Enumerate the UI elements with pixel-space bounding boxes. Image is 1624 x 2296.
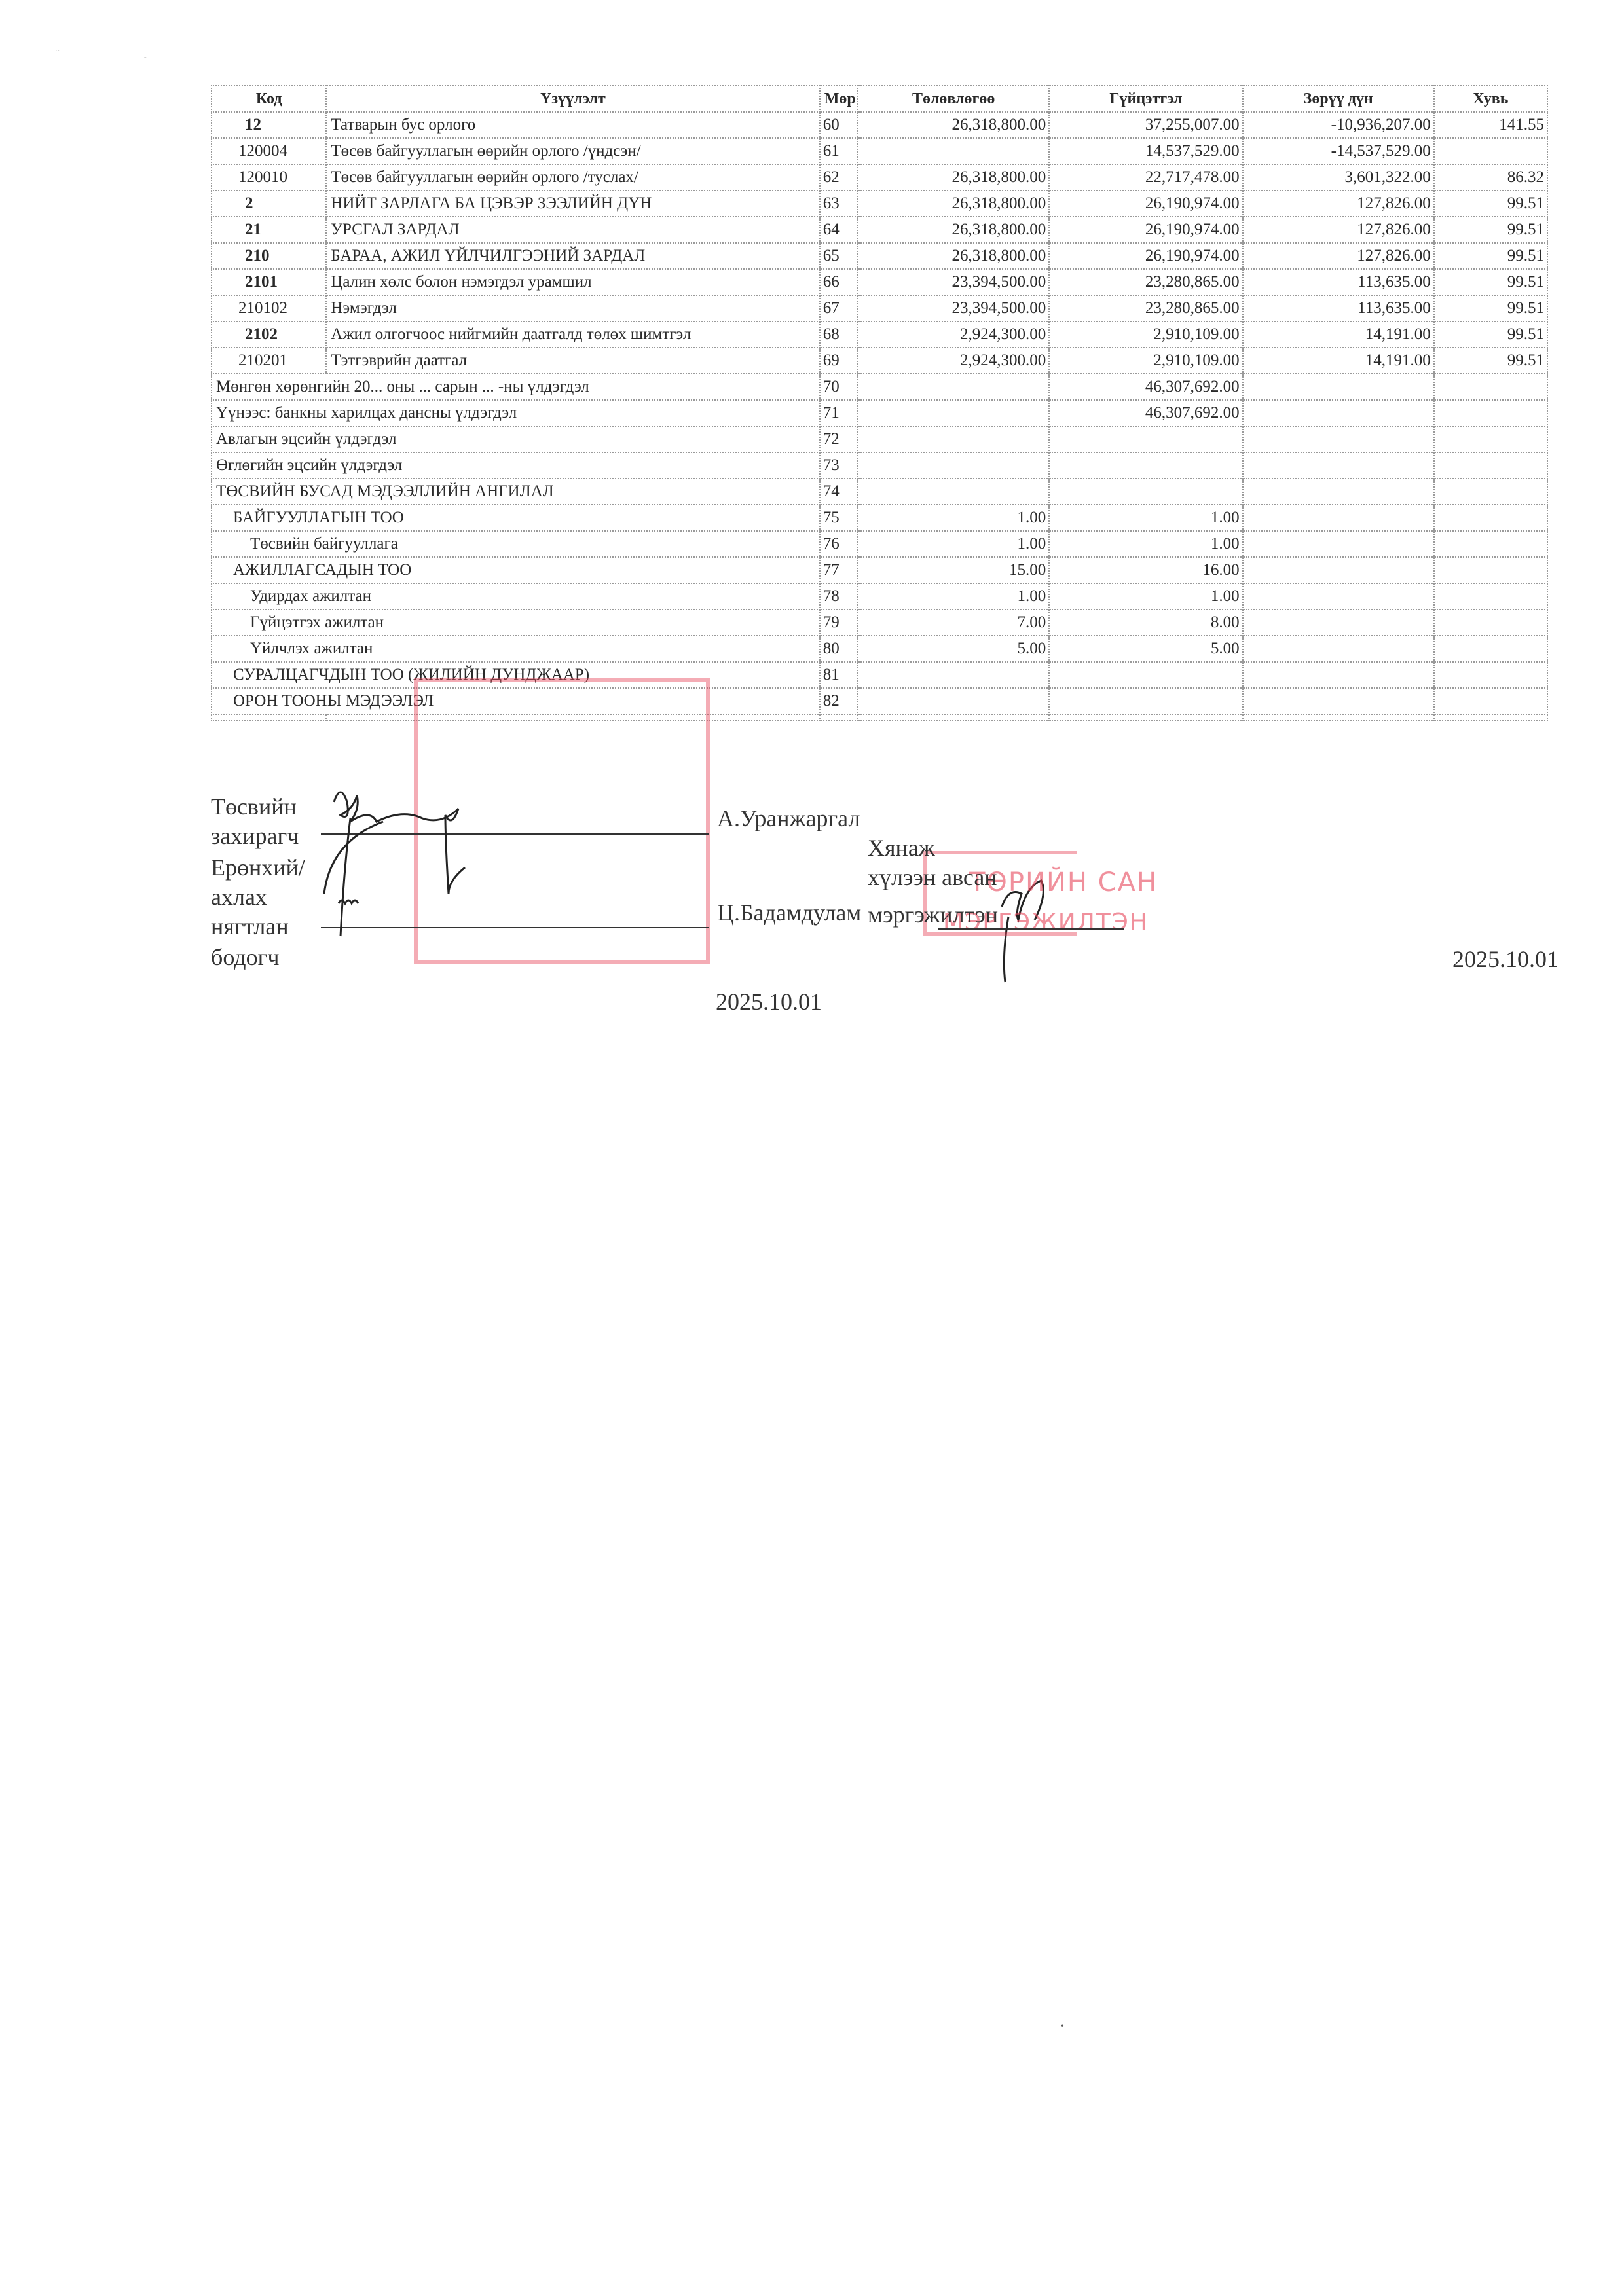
manager-signature-icon bbox=[334, 792, 465, 894]
cell-row-number: 61 bbox=[820, 138, 858, 164]
cell-row-number: 74 bbox=[820, 479, 858, 505]
cell-performance: 16.00 bbox=[1049, 557, 1242, 583]
cell-plan bbox=[858, 138, 1049, 164]
cell-difference: 14,191.00 bbox=[1243, 348, 1434, 374]
cell-difference: 127,826.00 bbox=[1243, 217, 1434, 243]
table-row: Төсвийн байгууллага761.001.00 bbox=[212, 531, 1547, 557]
cell-performance bbox=[1049, 479, 1242, 505]
cell-percent bbox=[1434, 557, 1547, 583]
cell-percent bbox=[1434, 426, 1547, 452]
cell-plan: 26,318,800.00 bbox=[858, 217, 1049, 243]
treasury-stamp-line1: ТӨРИЙН САН bbox=[969, 867, 1158, 898]
cell-difference: 113,635.00 bbox=[1243, 269, 1434, 295]
cell-percent: 99.51 bbox=[1434, 217, 1547, 243]
cell-indicator: Төсөв байгууллагын өөрийн орлого /үндсэн… bbox=[326, 138, 819, 164]
cell-plan: 5.00 bbox=[858, 636, 1049, 662]
table-row: ОРОН ТООНЫ МЭДЭЭЛЭЛ82 bbox=[212, 688, 1547, 714]
manager-name: А.Уранжаргал bbox=[717, 804, 860, 833]
table-row: Гүйцэтгэх ажилтан797.008.00 bbox=[212, 610, 1547, 636]
cell-row-number: 67 bbox=[820, 295, 858, 321]
accountant-signature-icon bbox=[324, 818, 383, 936]
table-row: Мөнгөн хөрөнгийн 20... оны ... сарын ...… bbox=[212, 374, 1547, 400]
cell-difference: 113,635.00 bbox=[1243, 295, 1434, 321]
cell-percent bbox=[1434, 400, 1547, 426]
cell-difference bbox=[1243, 479, 1434, 505]
cell-indicator: Цалин хөлс болон нэмэгдэл урамшил bbox=[326, 269, 819, 295]
scan-artifact: ~ bbox=[144, 54, 147, 61]
table-row: Удирдах ажилтан781.001.00 bbox=[212, 583, 1547, 610]
cell-indicator: УРСГАЛ ЗАРДАЛ bbox=[326, 217, 819, 243]
cell-percent bbox=[1434, 688, 1547, 714]
header-performance: Гүйцэтгэл bbox=[1049, 86, 1242, 112]
table-row: 2102Ажил олгогчоос нийгмийн даатгалд төл… bbox=[212, 321, 1547, 348]
cell-performance: 26,190,974.00 bbox=[1049, 243, 1242, 269]
cell-difference: 3,601,322.00 bbox=[1243, 164, 1434, 191]
scan-speck: • bbox=[1061, 2022, 1064, 2032]
cell-plan: 2,924,300.00 bbox=[858, 348, 1049, 374]
cell-percent bbox=[1434, 505, 1547, 531]
cell-difference bbox=[1243, 374, 1434, 400]
cell-row-number: 65 bbox=[820, 243, 858, 269]
cell-plan: 26,318,800.00 bbox=[858, 191, 1049, 217]
cell-performance: 14,537,529.00 bbox=[1049, 138, 1242, 164]
accountant-title-line3: нягтлан bbox=[211, 912, 289, 941]
empty-cell bbox=[1049, 714, 1242, 721]
cell-indicator: Гүйцэтгэх ажилтан bbox=[212, 610, 820, 636]
cell-code: 2102 bbox=[212, 321, 326, 348]
cell-percent bbox=[1434, 479, 1547, 505]
cell-row-number: 77 bbox=[820, 557, 858, 583]
cell-row-number: 73 bbox=[820, 452, 858, 479]
cell-performance: 2,910,109.00 bbox=[1049, 348, 1242, 374]
cell-percent bbox=[1434, 531, 1547, 557]
table-header-row: Код Үзүүлэлт Мөр Төлөвлөгөө Гүйцэтгэл Зө… bbox=[212, 86, 1547, 112]
cell-difference: 14,191.00 bbox=[1243, 321, 1434, 348]
reviewer-signature-line bbox=[938, 928, 1124, 930]
table-row: Үүнээс: банкны харилцах дансны үлдэгдэл7… bbox=[212, 400, 1547, 426]
cell-indicator: АЖИЛЛАГСАДЫН ТОО bbox=[212, 557, 820, 583]
cell-indicator: Үүнээс: банкны харилцах дансны үлдэгдэл bbox=[212, 400, 820, 426]
table-row: 210201Тэтгэврийн даатгал692,924,300.002,… bbox=[212, 348, 1547, 374]
cell-performance: 1.00 bbox=[1049, 583, 1242, 610]
cell-percent bbox=[1434, 610, 1547, 636]
cell-indicator: Удирдах ажилтан bbox=[212, 583, 820, 610]
cell-percent bbox=[1434, 662, 1547, 688]
cell-percent: 86.32 bbox=[1434, 164, 1547, 191]
table-row: 120010Төсөв байгууллагын өөрийн орлого /… bbox=[212, 164, 1547, 191]
header-percent: Хувь bbox=[1434, 86, 1547, 112]
cell-plan: 26,318,800.00 bbox=[858, 243, 1049, 269]
cell-plan bbox=[858, 426, 1049, 452]
cell-code: 210201 bbox=[212, 348, 326, 374]
cell-performance: 46,307,692.00 bbox=[1049, 400, 1242, 426]
cell-plan bbox=[858, 400, 1049, 426]
cell-plan: 1.00 bbox=[858, 583, 1049, 610]
header-row-number: Мөр bbox=[820, 86, 858, 112]
table-row: Авлагын эцсийн үлдэгдэл72 bbox=[212, 426, 1547, 452]
cell-plan: 15.00 bbox=[858, 557, 1049, 583]
cell-code: 12 bbox=[212, 112, 326, 138]
manager-signature-line bbox=[321, 833, 709, 835]
cell-percent: 99.51 bbox=[1434, 321, 1547, 348]
empty-cell bbox=[1434, 714, 1547, 721]
budget-report-table: Код Үзүүлэлт Мөр Төлөвлөгөө Гүйцэтгэл Зө… bbox=[211, 85, 1548, 721]
cell-performance: 22,717,478.00 bbox=[1049, 164, 1242, 191]
cell-percent: 99.51 bbox=[1434, 348, 1547, 374]
cell-row-number: 70 bbox=[820, 374, 858, 400]
cell-percent: 99.51 bbox=[1434, 295, 1547, 321]
cell-percent bbox=[1434, 583, 1547, 610]
cell-indicator: Мөнгөн хөрөнгийн 20... оны ... сарын ...… bbox=[212, 374, 820, 400]
cell-row-number: 79 bbox=[820, 610, 858, 636]
cell-row-number: 64 bbox=[820, 217, 858, 243]
cell-difference bbox=[1243, 662, 1434, 688]
cell-indicator: Өглөгийн эцсийн үлдэгдэл bbox=[212, 452, 820, 479]
table-row: 12Татварын бус орлого6026,318,800.0037,2… bbox=[212, 112, 1547, 138]
empty-cell bbox=[212, 714, 326, 721]
table-row: ТӨСВИЙН БУСАД МЭДЭЭЛЛИЙН АНГИЛАЛ74 bbox=[212, 479, 1547, 505]
cell-plan: 26,318,800.00 bbox=[858, 112, 1049, 138]
cell-performance: 1.00 bbox=[1049, 505, 1242, 531]
cell-plan: 2,924,300.00 bbox=[858, 321, 1049, 348]
cell-row-number: 81 bbox=[820, 662, 858, 688]
cell-percent bbox=[1434, 374, 1547, 400]
table-row: Үйлчлэх ажилтан805.005.00 bbox=[212, 636, 1547, 662]
table-row: 2НИЙТ ЗАРЛАГА БА ЦЭВЭР ЗЭЭЛИЙН ДҮН6326,3… bbox=[212, 191, 1547, 217]
cell-percent: 99.51 bbox=[1434, 269, 1547, 295]
manager-title-line1: Төсвийн bbox=[211, 792, 297, 821]
cell-indicator: Нэмэгдэл bbox=[326, 295, 819, 321]
cell-difference bbox=[1243, 583, 1434, 610]
cell-plan bbox=[858, 662, 1049, 688]
cell-percent: 141.55 bbox=[1434, 112, 1547, 138]
cell-plan bbox=[858, 688, 1049, 714]
cell-code: 210 bbox=[212, 243, 326, 269]
cell-code: 120004 bbox=[212, 138, 326, 164]
accountant-title-line4: бодогч bbox=[211, 943, 279, 972]
cell-row-number: 76 bbox=[820, 531, 858, 557]
cell-difference bbox=[1243, 557, 1434, 583]
cell-difference bbox=[1243, 688, 1434, 714]
cell-difference: 127,826.00 bbox=[1243, 191, 1434, 217]
table-row: 210102Нэмэгдэл6723,394,500.0023,280,865.… bbox=[212, 295, 1547, 321]
cell-indicator: СУРАЛЦАГЧДЫН ТОО (ЖИЛИЙН ДУНДЖААР) bbox=[212, 662, 820, 688]
cell-difference bbox=[1243, 426, 1434, 452]
table-row-empty bbox=[212, 714, 1547, 721]
cell-indicator: БАЙГУУЛЛАГЫН ТОО bbox=[212, 505, 820, 531]
accountant-name: Ц.Бадамдулам bbox=[717, 898, 861, 927]
cell-performance bbox=[1049, 426, 1242, 452]
cell-performance: 1.00 bbox=[1049, 531, 1242, 557]
cell-row-number: 82 bbox=[820, 688, 858, 714]
cell-plan: 1.00 bbox=[858, 531, 1049, 557]
table-row: Өглөгийн эцсийн үлдэгдэл73 bbox=[212, 452, 1547, 479]
accountant-title-line2: ахлах bbox=[211, 883, 267, 911]
table-row: СУРАЛЦАГЧДЫН ТОО (ЖИЛИЙН ДУНДЖААР)81 bbox=[212, 662, 1547, 688]
cell-plan bbox=[858, 452, 1049, 479]
cell-row-number: 68 bbox=[820, 321, 858, 348]
cell-performance: 46,307,692.00 bbox=[1049, 374, 1242, 400]
cell-plan bbox=[858, 479, 1049, 505]
cell-percent: 99.51 bbox=[1434, 243, 1547, 269]
cell-performance bbox=[1049, 662, 1242, 688]
reviewer-title-line3: мэргэжилтэн bbox=[868, 900, 998, 929]
left-date: 2025.10.01 bbox=[716, 987, 822, 1016]
accountant-title-line1: Ерөнхий/ bbox=[211, 853, 305, 882]
cell-row-number: 78 bbox=[820, 583, 858, 610]
cell-indicator: Төсвийн байгууллага bbox=[212, 531, 820, 557]
table-row: БАЙГУУЛЛАГЫН ТОО751.001.00 bbox=[212, 505, 1547, 531]
empty-cell bbox=[1243, 714, 1434, 721]
cell-code: 2 bbox=[212, 191, 326, 217]
cell-row-number: 69 bbox=[820, 348, 858, 374]
cell-code: 21 bbox=[212, 217, 326, 243]
accountant-signature-line bbox=[321, 927, 709, 928]
cell-indicator: Авлагын эцсийн үлдэгдэл bbox=[212, 426, 820, 452]
cell-difference bbox=[1243, 452, 1434, 479]
cell-percent bbox=[1434, 452, 1547, 479]
table-row: АЖИЛЛАГСАДЫН ТОО7715.0016.00 bbox=[212, 557, 1547, 583]
cell-performance: 2,910,109.00 bbox=[1049, 321, 1242, 348]
empty-cell bbox=[326, 714, 819, 721]
cell-performance: 37,255,007.00 bbox=[1049, 112, 1242, 138]
cell-difference bbox=[1243, 531, 1434, 557]
cell-row-number: 63 bbox=[820, 191, 858, 217]
cell-plan: 26,318,800.00 bbox=[858, 164, 1049, 191]
reviewer-signature-icon bbox=[1002, 881, 1043, 982]
reviewer-title-line1: Хянаж bbox=[868, 833, 935, 862]
scan-artifact: ~ bbox=[56, 47, 60, 54]
cell-performance: 5.00 bbox=[1049, 636, 1242, 662]
header-code: Код bbox=[212, 86, 326, 112]
cell-performance: 23,280,865.00 bbox=[1049, 295, 1242, 321]
cell-indicator: БАРАА, АЖИЛ ҮЙЛЧИЛГЭЭНИЙ ЗАРДАЛ bbox=[326, 243, 819, 269]
cell-indicator: Ажил олгогчоос нийгмийн даатгалд төлөх ш… bbox=[326, 321, 819, 348]
cell-row-number: 80 bbox=[820, 636, 858, 662]
cell-performance: 26,190,974.00 bbox=[1049, 217, 1242, 243]
cell-row-number: 75 bbox=[820, 505, 858, 531]
cell-difference: -10,936,207.00 bbox=[1243, 112, 1434, 138]
cell-indicator: Татварын бус орлого bbox=[326, 112, 819, 138]
cell-difference: 127,826.00 bbox=[1243, 243, 1434, 269]
table-body: 12Татварын бус орлого6026,318,800.0037,2… bbox=[212, 112, 1547, 721]
table-row: 21УРСГАЛ ЗАРДАЛ6426,318,800.0026,190,974… bbox=[212, 217, 1547, 243]
cell-indicator: ТӨСВИЙН БУСАД МЭДЭЭЛЛИЙН АНГИЛАЛ bbox=[212, 479, 820, 505]
table-row: 120004Төсөв байгууллагын өөрийн орлого /… bbox=[212, 138, 1547, 164]
cell-percent bbox=[1434, 636, 1547, 662]
manager-title-line2: захирагч bbox=[211, 822, 299, 850]
cell-difference bbox=[1243, 400, 1434, 426]
cell-plan: 23,394,500.00 bbox=[858, 269, 1049, 295]
cell-indicator: НИЙТ ЗАРЛАГА БА ЦЭВЭР ЗЭЭЛИЙН ДҮН bbox=[326, 191, 819, 217]
cell-row-number: 60 bbox=[820, 112, 858, 138]
cell-row-number: 71 bbox=[820, 400, 858, 426]
cell-percent: 99.51 bbox=[1434, 191, 1547, 217]
reviewer-title-line2: хүлээн авсан bbox=[868, 863, 997, 892]
cell-indicator: Төсөв байгууллагын өөрийн орлого /туслах… bbox=[326, 164, 819, 191]
cell-plan: 23,394,500.00 bbox=[858, 295, 1049, 321]
treasury-stamp bbox=[923, 851, 1077, 936]
header-indicator: Үзүүлэлт bbox=[326, 86, 819, 112]
cell-performance: 8.00 bbox=[1049, 610, 1242, 636]
cell-performance bbox=[1049, 452, 1242, 479]
cell-indicator: Үйлчлэх ажилтан bbox=[212, 636, 820, 662]
cell-plan bbox=[858, 374, 1049, 400]
cell-code: 120010 bbox=[212, 164, 326, 191]
cell-indicator: ОРОН ТООНЫ МЭДЭЭЛЭЛ bbox=[212, 688, 820, 714]
cell-difference bbox=[1243, 610, 1434, 636]
header-difference: Зөрүү дүн bbox=[1243, 86, 1434, 112]
cell-indicator: Тэтгэврийн даатгал bbox=[326, 348, 819, 374]
cell-row-number: 72 bbox=[820, 426, 858, 452]
cell-code: 2101 bbox=[212, 269, 326, 295]
cell-difference: -14,537,529.00 bbox=[1243, 138, 1434, 164]
cell-plan: 7.00 bbox=[858, 610, 1049, 636]
cell-difference bbox=[1243, 636, 1434, 662]
cell-row-number: 66 bbox=[820, 269, 858, 295]
cell-plan: 1.00 bbox=[858, 505, 1049, 531]
empty-cell bbox=[820, 714, 858, 721]
treasury-stamp-line2: МЭРГЭЖИЛТЭН bbox=[943, 909, 1149, 936]
cell-code: 210102 bbox=[212, 295, 326, 321]
cell-performance: 26,190,974.00 bbox=[1049, 191, 1242, 217]
cell-percent bbox=[1434, 138, 1547, 164]
empty-cell bbox=[858, 714, 1049, 721]
cell-performance: 23,280,865.00 bbox=[1049, 269, 1242, 295]
header-plan: Төлөвлөгөө bbox=[858, 86, 1049, 112]
cell-row-number: 62 bbox=[820, 164, 858, 191]
right-date: 2025.10.01 bbox=[1452, 945, 1559, 974]
cell-performance bbox=[1049, 688, 1242, 714]
cell-difference bbox=[1243, 505, 1434, 531]
table-row: 2101Цалин хөлс болон нэмэгдэл урамшил662… bbox=[212, 269, 1547, 295]
table-row: 210БАРАА, АЖИЛ ҮЙЛЧИЛГЭЭНИЙ ЗАРДАЛ6526,3… bbox=[212, 243, 1547, 269]
